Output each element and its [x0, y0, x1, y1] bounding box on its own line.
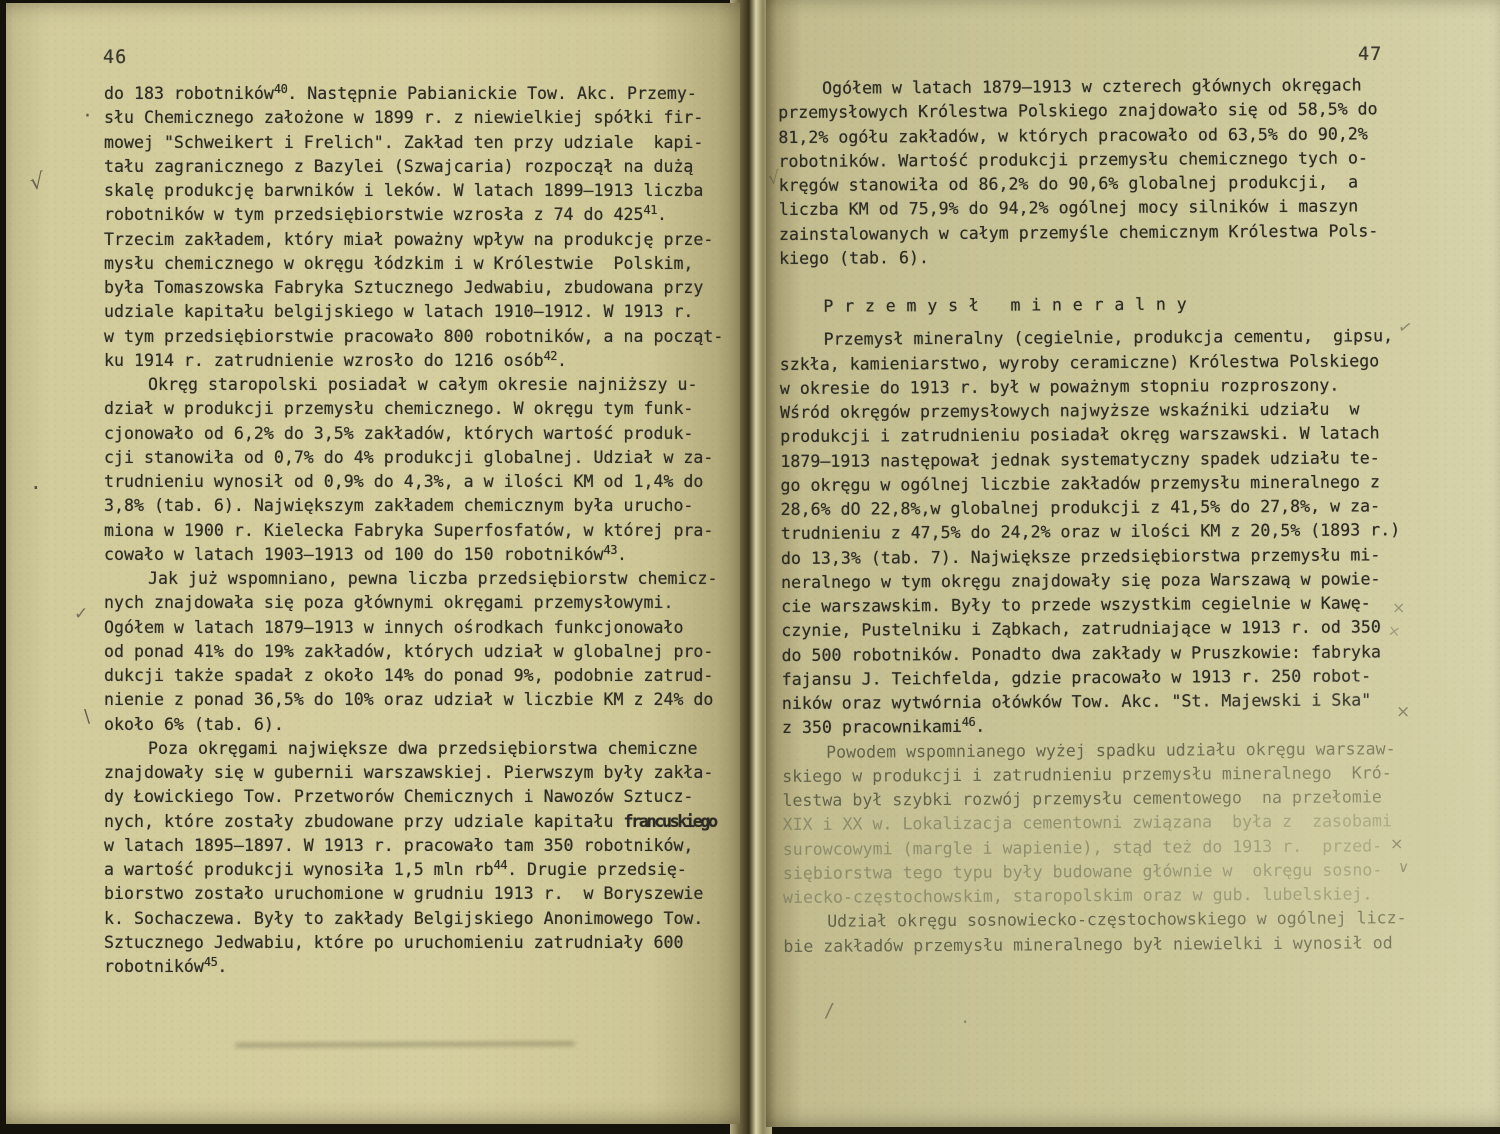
text-line: robotników w tym przedsiębiorstwie wzros…	[104, 203, 723, 227]
book-spread-scan: 46 do 183 robotników40. Następnie Pabian…	[0, 0, 1500, 1134]
text-line: liczba KM od 75,9% do 94,2% ogólnej mocy…	[779, 194, 1403, 222]
text-line: około 6% (tab. 6).	[104, 713, 723, 737]
text-line: przemysłowych Królestwa Polskiego znajdo…	[778, 97, 1402, 125]
overstruck-word: francuskiego	[624, 812, 716, 831]
text-line: mowej "Schweikert i Frelich". Zakład ten…	[104, 131, 723, 155]
footnote-reference: 45	[204, 955, 217, 969]
text-line: czynie, Pustelniku i Ząbkach, zatrudniaj…	[781, 615, 1405, 643]
text-line: Jak już wspomniano, pewna liczba przedsi…	[104, 567, 723, 591]
text-line: a wartość produkcji wynosiła 1,5 mln rb4…	[104, 858, 723, 882]
text-line: cjonowało od 6,2% do 3,5% zakładów, któr…	[104, 422, 723, 446]
text-line: Ogółem w latach 1879–1913 w innych ośrod…	[104, 616, 723, 640]
text-line: Trzecim zakładem, który miał poważny wpł…	[104, 228, 723, 252]
text-line: nych, które zostały zbudowane przy udzia…	[104, 810, 723, 834]
text-line: do 500 robotników. Ponadto dwa zakłady w…	[781, 640, 1405, 668]
text-line: w tym przedsiębiorstwie pracowało 800 ro…	[104, 325, 723, 349]
text-line: Powodem wspomnianego wyżej spadku udział…	[782, 737, 1406, 765]
text-line: k. Sochaczewa. Były to zakłady Belgijski…	[104, 907, 723, 931]
text-line: Udział okręgu sosnowiecko-częstochowskie…	[783, 906, 1407, 934]
section-heading: P r z e m y s ł m i n e r a l n y	[779, 291, 1403, 319]
text-line: do 183 robotników40. Następnie Pabianick…	[104, 82, 723, 106]
text-line: cowało w latach 1903–1913 od 100 do 150 …	[104, 543, 723, 567]
text-line: produkcji i zatrudnieniu posiadał okręg …	[780, 421, 1404, 449]
text-line: trudnieniu wynosił od 0,9% do 4,3%, a w …	[104, 470, 723, 494]
text-line: od ponad 41% do 19% zakładów, których ud…	[104, 640, 723, 664]
text-line: nych znajdowała się poza głównymi okręga…	[104, 591, 723, 615]
text-line: słu Chemicznego założone w 1899 r. z nie…	[104, 106, 723, 130]
page-number-right: 47	[1358, 44, 1382, 65]
text-line: surowcowymi (margle i wapienie), stąd te…	[783, 834, 1407, 862]
text-line: 1879–1913 następował jednak systematyczn…	[780, 446, 1404, 474]
text-line: mysłu chemicznego w okręgu łódzkim i w K…	[104, 252, 723, 276]
text-line: znajdowały się w gubernii warszawskiej. …	[104, 761, 723, 785]
page-46: 46 do 183 robotników40. Następnie Pabian…	[6, 3, 740, 1124]
text-line: trudnieniu z 47,5% do 24,2% oraz w ilośc…	[781, 518, 1405, 546]
text-line: miona w 1900 r. Kielecka Fabryka Superfo…	[104, 519, 723, 543]
text-line: biorstwo zostało uruchomione w grudniu 1…	[104, 882, 723, 906]
text-line: dział w produkcji przemysłu chemicznego.…	[104, 397, 723, 421]
text-line: 3,8% (tab. 6). Największym zakładem chem…	[104, 494, 723, 518]
text-line: XIX i XX w. Lokalizacja cementowni związ…	[782, 809, 1406, 837]
footnote-reference: 40	[274, 82, 287, 96]
text-line: skalę produkcję barwników i leków. W lat…	[104, 179, 723, 203]
text-line: dy Łowickiego Tow. Przetworów Chemicznyc…	[104, 785, 723, 809]
text-line: była Tomaszowska Fabryka Sztucznego Jedw…	[104, 276, 723, 300]
text-line: Okręg staropolski posiadał w całym okres…	[104, 373, 723, 397]
text-line: bie zakładów przemysłu mineralnego był n…	[783, 931, 1407, 959]
text-line: ników oraz wytwórnia ołówków Tow. Akc. "…	[782, 688, 1406, 716]
text-line: do 13,3% (tab. 7). Największe przedsiębi…	[781, 543, 1405, 571]
text-line: robotników45.	[104, 955, 723, 979]
text-line: dukcji także spadał z około 14% do ponad…	[104, 664, 723, 688]
text-line: udziale kapitału belgijskiego w latach 1…	[104, 300, 723, 324]
footnote-reference: 46	[962, 715, 976, 729]
page-46-text-block: do 183 robotników40. Następnie Pabianick…	[104, 82, 723, 979]
text-line: zainstalowanych w całym przemyśle chemic…	[779, 219, 1403, 247]
page-47-text-block: Ogółem w latach 1879–1913 w czterech głó…	[778, 73, 1407, 959]
text-line: Przemysł mineralny (cegielnie, produkcja…	[780, 324, 1404, 352]
text-line: szkła, kamieniarstwo, wyroby ceramiczne)…	[780, 349, 1404, 377]
footnote-reference: 44	[494, 858, 507, 872]
text-line: Sztucznego Jedwabiu, które po uruchomien…	[104, 931, 723, 955]
page-47: 47 Ogółem w latach 1879–1913 w czterech …	[766, 0, 1500, 1127]
text-line: 81,2% ogółu zakładów, w których pracował…	[778, 122, 1402, 150]
text-line: ku 1914 r. zatrudnienie wzrosło do 1216 …	[104, 349, 723, 373]
footnote-reference: 42	[544, 349, 557, 363]
text-line: cji stanowiła od 0,7% do 4% produkcji gl…	[104, 446, 723, 470]
text-line: Poza okręgami największe dwa przedsiębio…	[104, 737, 723, 761]
text-line: tału zagranicznego z Bazylei (Szwajcaria…	[104, 155, 723, 179]
text-line: nienie z ponad 36,5% do 10% oraz udział …	[104, 688, 723, 712]
footnote-reference: 43	[604, 543, 617, 557]
text-line: kiego (tab. 6).	[779, 243, 1403, 271]
page-number-left: 46	[103, 47, 127, 68]
footnote-reference: 41	[643, 203, 656, 217]
text-line: w latach 1895–1897. W 1913 r. pracowało …	[104, 834, 723, 858]
